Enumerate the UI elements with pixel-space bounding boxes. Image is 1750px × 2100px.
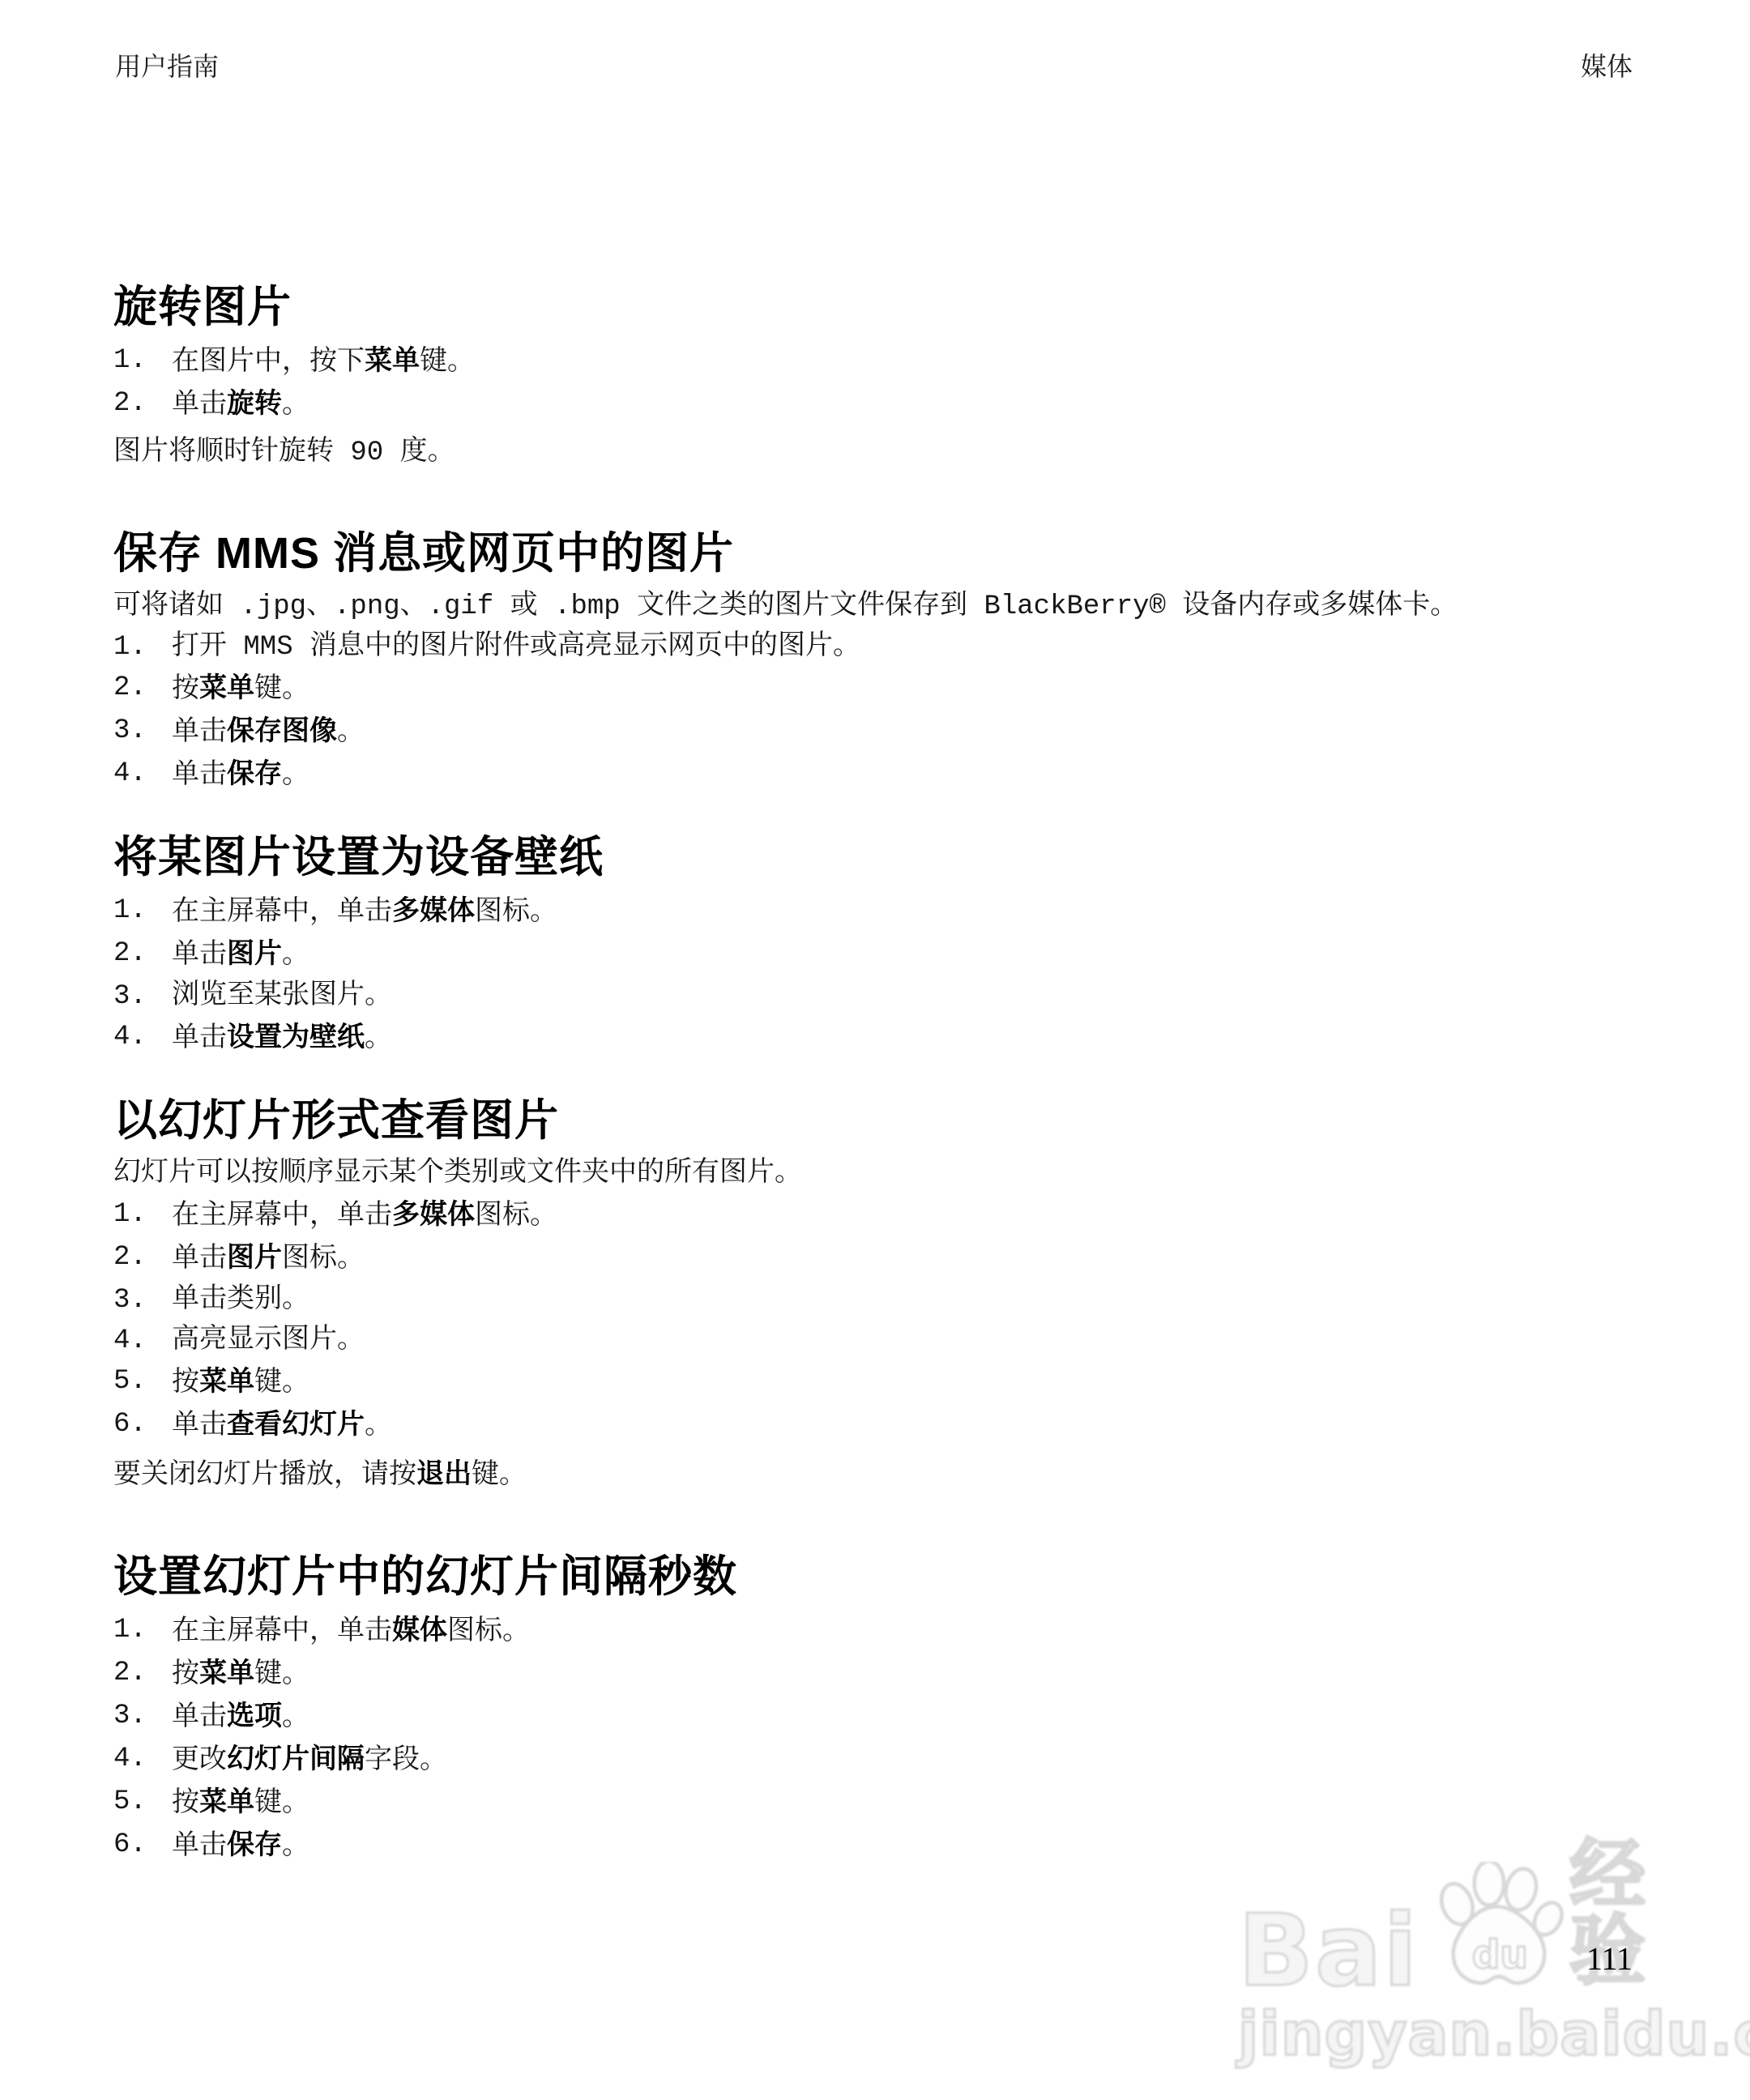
text-run: 按 bbox=[172, 1789, 199, 1820]
list-number: 4. bbox=[113, 1017, 172, 1060]
list-number: 4. bbox=[113, 1321, 172, 1361]
list-text: 更改幻灯片间隔字段。 bbox=[172, 1739, 447, 1782]
text-run: 单击 bbox=[172, 1411, 227, 1442]
text-run: 单击 bbox=[172, 1703, 227, 1734]
text-run: 在主屏幕中，单击 bbox=[172, 1202, 392, 1232]
section-heading: 保存 MMS 消息或网页中的图片 bbox=[113, 528, 1637, 578]
text-run: 按 bbox=[172, 675, 199, 706]
list-number: 3. bbox=[113, 711, 172, 753]
list-text: 单击保存。 bbox=[172, 1825, 309, 1867]
text-run: 在主屏幕中，单击 bbox=[172, 1617, 392, 1648]
page-number: 111 bbox=[1586, 1943, 1633, 1975]
list-text: 按菜单键。 bbox=[172, 668, 309, 711]
section: 以幻灯片形式查看图片幻灯片可以按顺序显示某个类别或文件夹中的所有图片。1.在主屏… bbox=[113, 1095, 1637, 1496]
list-number: 1. bbox=[113, 1610, 172, 1653]
text-run: 图片将顺时针旋转 90 度。 bbox=[113, 437, 455, 468]
list-text: 在图片中，按下菜单键。 bbox=[172, 340, 475, 383]
text-run: 浏览至某张图片。 bbox=[172, 981, 392, 1012]
list-number: 6. bbox=[113, 1404, 172, 1447]
text-run: 单击 bbox=[172, 391, 227, 421]
list-item: 2.按菜单键。 bbox=[113, 668, 1637, 711]
text-run: 单击 bbox=[172, 761, 227, 792]
list-text: 在主屏幕中，单击多媒体图标。 bbox=[172, 890, 557, 933]
list-item: 3.单击选项。 bbox=[113, 1696, 1637, 1739]
list-item: 1.在主屏幕中，单击多媒体图标。 bbox=[113, 1194, 1637, 1237]
list-text: 浏览至某张图片。 bbox=[172, 976, 392, 1017]
text-run: 单击类别。 bbox=[172, 1285, 309, 1316]
bold-term: 保存 bbox=[227, 758, 282, 789]
list-number: 2. bbox=[113, 1237, 172, 1280]
list-number: 3. bbox=[113, 1280, 172, 1321]
text-run: 。 bbox=[282, 941, 309, 971]
list-number: 6. bbox=[113, 1825, 172, 1867]
list-text: 单击保存。 bbox=[172, 753, 309, 796]
list-number: 1. bbox=[113, 890, 172, 933]
list-item: 2.单击图片图标。 bbox=[113, 1237, 1637, 1280]
text-run: 在主屏幕中，单击 bbox=[172, 898, 392, 928]
section-heading: 将某图片设置为设备壁纸 bbox=[113, 832, 1637, 882]
section: 旋转图片1.在图片中，按下菜单键。2.单击旋转。图片将顺时针旋转 90 度。 bbox=[113, 282, 1637, 473]
text-run: 。 bbox=[365, 1411, 392, 1442]
text-run: 键。 bbox=[420, 348, 475, 378]
bold-term: 旋转 bbox=[227, 388, 282, 419]
section: 设置幻灯片中的幻灯片间隔秒数1.在主屏幕中，单击媒体图标。2.按菜单键。3.单击… bbox=[113, 1552, 1637, 1867]
list-text: 按菜单键。 bbox=[172, 1782, 309, 1825]
section: 将某图片设置为设备壁纸1.在主屏幕中，单击多媒体图标。2.单击图片。3.浏览至某… bbox=[113, 832, 1637, 1060]
list-item: 3.单击类别。 bbox=[113, 1280, 1637, 1321]
bold-term: 多媒体 bbox=[392, 1199, 475, 1230]
list-text: 单击设置为壁纸。 bbox=[172, 1017, 392, 1060]
text-run: 在图片中，按下 bbox=[172, 348, 365, 378]
text-run: 键。 bbox=[254, 1368, 309, 1399]
text-run: 图标。 bbox=[447, 1617, 530, 1648]
text-run: 图标。 bbox=[282, 1244, 365, 1275]
list-number: 1. bbox=[113, 627, 172, 668]
bold-term: 菜单 bbox=[199, 1786, 254, 1817]
paragraph: 图片将顺时针旋转 90 度。 bbox=[113, 433, 1637, 473]
bold-term: 保存图像 bbox=[227, 715, 337, 746]
list-text: 按菜单键。 bbox=[172, 1361, 309, 1404]
list-number: 4. bbox=[113, 753, 172, 796]
bold-term: 设置为壁纸 bbox=[227, 1022, 365, 1052]
list-text: 单击图片图标。 bbox=[172, 1237, 365, 1280]
numbered-list: 1.在主屏幕中，单击多媒体图标。2.单击图片图标。3.单击类别。4.高亮显示图片… bbox=[113, 1194, 1637, 1447]
text-run: 按 bbox=[172, 1660, 199, 1691]
list-item: 4.更改幻灯片间隔字段。 bbox=[113, 1739, 1637, 1782]
text-run: 单击 bbox=[172, 1244, 227, 1275]
bold-term: 菜单 bbox=[199, 1366, 254, 1397]
numbered-list: 1.打开 MMS 消息中的图片附件或高亮显示网页中的图片。2.按菜单键。3.单击… bbox=[113, 627, 1637, 796]
content: 旋转图片1.在图片中，按下菜单键。2.单击旋转。图片将顺时针旋转 90 度。保存… bbox=[113, 0, 1637, 1867]
watermark-url: jingyan.baidu.com bbox=[1238, 2003, 1659, 2066]
bold-term: 菜单 bbox=[199, 672, 254, 703]
list-number: 1. bbox=[113, 340, 172, 383]
text-run: 可将诸如 .jpg、.png、.gif 或 .bmp 文件之类的图片文件保存到 … bbox=[113, 591, 1458, 622]
list-number: 2. bbox=[113, 383, 172, 426]
list-item: 3.浏览至某张图片。 bbox=[113, 976, 1637, 1017]
list-text: 单击选项。 bbox=[172, 1696, 309, 1739]
text-run: 更改 bbox=[172, 1746, 227, 1777]
text-run: 按 bbox=[172, 1368, 199, 1399]
bold-term: 退出 bbox=[416, 1458, 472, 1489]
bold-term: 查看幻灯片 bbox=[227, 1409, 365, 1440]
list-item: 6.单击查看幻灯片。 bbox=[113, 1404, 1637, 1447]
list-number: 4. bbox=[113, 1739, 172, 1782]
list-number: 5. bbox=[113, 1361, 172, 1404]
baidu-paw-icon: du bbox=[1420, 1862, 1568, 2001]
list-number: 3. bbox=[113, 1696, 172, 1739]
list-text: 打开 MMS 消息中的图片附件或高亮显示网页中的图片。 bbox=[172, 627, 860, 668]
list-item: 2.按菜单键。 bbox=[113, 1653, 1637, 1696]
section: 保存 MMS 消息或网页中的图片可将诸如 .jpg、.png、.gif 或 .b… bbox=[113, 528, 1637, 796]
text-run: 键。 bbox=[254, 1660, 309, 1691]
section-heading: 设置幻灯片中的幻灯片间隔秒数 bbox=[113, 1552, 1637, 1602]
document-page: 用户指南 媒体 旋转图片1.在图片中，按下菜单键。2.单击旋转。图片将顺时针旋转… bbox=[0, 0, 1750, 2100]
bold-term: 选项 bbox=[227, 1701, 282, 1731]
list-text: 单击旋转。 bbox=[172, 383, 309, 426]
text-run: 单击 bbox=[172, 941, 227, 971]
bold-term: 图片 bbox=[227, 938, 282, 969]
paragraph: 幻灯片可以按顺序显示某个类别或文件夹中的所有图片。 bbox=[113, 1154, 1637, 1194]
text-run: 。 bbox=[282, 1703, 309, 1734]
text-run: 单击 bbox=[172, 1832, 227, 1863]
list-text: 单击查看幻灯片。 bbox=[172, 1404, 392, 1447]
list-item: 2.单击旋转。 bbox=[113, 383, 1637, 426]
list-item: 5.按菜单键。 bbox=[113, 1361, 1637, 1404]
text-run: 要关闭幻灯片播放，请按 bbox=[113, 1461, 416, 1492]
list-item: 1.在主屏幕中，单击媒体图标。 bbox=[113, 1610, 1637, 1653]
text-run: 键。 bbox=[254, 1789, 309, 1820]
list-item: 4.单击设置为壁纸。 bbox=[113, 1017, 1637, 1060]
text-run: 。 bbox=[282, 1832, 309, 1863]
list-item: 5.按菜单键。 bbox=[113, 1782, 1637, 1825]
list-text: 单击类别。 bbox=[172, 1280, 309, 1321]
text-run: 字段。 bbox=[365, 1746, 447, 1777]
list-item: 1.打开 MMS 消息中的图片附件或高亮显示网页中的图片。 bbox=[113, 627, 1637, 668]
text-run: 。 bbox=[337, 718, 365, 749]
section-heading: 以幻灯片形式查看图片 bbox=[113, 1095, 1637, 1146]
list-text: 在主屏幕中，单击媒体图标。 bbox=[172, 1610, 530, 1653]
watermark-brand-latin-prefix: Bai bbox=[1238, 1910, 1419, 1991]
list-number: 3. bbox=[113, 976, 172, 1017]
text-run: 图标。 bbox=[475, 898, 557, 928]
list-number: 1. bbox=[113, 1194, 172, 1237]
bold-term: 菜单 bbox=[365, 345, 420, 376]
text-run: 幻灯片可以按顺序显示某个类别或文件夹中的所有图片。 bbox=[113, 1159, 802, 1189]
bold-term: 多媒体 bbox=[392, 895, 475, 926]
list-number: 5. bbox=[113, 1782, 172, 1825]
list-item: 3.单击保存图像。 bbox=[113, 711, 1637, 753]
text-run: 高亮显示图片。 bbox=[172, 1325, 365, 1356]
list-number: 2. bbox=[113, 668, 172, 711]
bold-term: 幻灯片间隔 bbox=[227, 1744, 365, 1774]
paragraph: 可将诸如 .jpg、.png、.gif 或 .bmp 文件之类的图片文件保存到 … bbox=[113, 587, 1637, 627]
list-text: 单击图片。 bbox=[172, 933, 309, 976]
list-item: 1.在图片中，按下菜单键。 bbox=[113, 340, 1637, 383]
list-text: 高亮显示图片。 bbox=[172, 1321, 365, 1361]
numbered-list: 1.在图片中，按下菜单键。2.单击旋转。 bbox=[113, 340, 1637, 426]
text-run: 键。 bbox=[254, 675, 309, 706]
list-item: 6.单击保存。 bbox=[113, 1825, 1637, 1867]
text-run: 。 bbox=[365, 1024, 392, 1055]
text-run: 单击 bbox=[172, 718, 227, 749]
list-item: 1.在主屏幕中，单击多媒体图标。 bbox=[113, 890, 1637, 933]
list-item: 4.单击保存。 bbox=[113, 753, 1637, 796]
list-text: 按菜单键。 bbox=[172, 1653, 309, 1696]
list-number: 2. bbox=[113, 933, 172, 976]
section-heading: 旋转图片 bbox=[113, 282, 1637, 332]
numbered-list: 1.在主屏幕中，单击多媒体图标。2.单击图片。3.浏览至某张图片。4.单击设置为… bbox=[113, 890, 1637, 1060]
text-run: 打开 MMS 消息中的图片附件或高亮显示网页中的图片。 bbox=[172, 632, 860, 663]
numbered-list: 1.在主屏幕中，单击媒体图标。2.按菜单键。3.单击选项。4.更改幻灯片间隔字段… bbox=[113, 1610, 1637, 1867]
list-item: 4.高亮显示图片。 bbox=[113, 1321, 1637, 1361]
paragraph: 要关闭幻灯片播放，请按退出键。 bbox=[113, 1453, 1637, 1496]
list-number: 2. bbox=[113, 1653, 172, 1696]
watermark-du-text: du bbox=[1472, 1932, 1528, 1978]
bold-term: 菜单 bbox=[199, 1658, 254, 1688]
text-run: 。 bbox=[282, 761, 309, 792]
list-text: 在主屏幕中，单击多媒体图标。 bbox=[172, 1194, 557, 1237]
text-run: 单击 bbox=[172, 1024, 227, 1055]
bold-term: 图片 bbox=[227, 1242, 282, 1273]
text-run: 键。 bbox=[472, 1461, 527, 1492]
text-run: 图标。 bbox=[475, 1202, 557, 1232]
bold-term: 媒体 bbox=[392, 1615, 447, 1645]
list-text: 单击保存图像。 bbox=[172, 711, 365, 753]
list-item: 2.单击图片。 bbox=[113, 933, 1637, 976]
bold-term: 保存 bbox=[227, 1829, 282, 1860]
text-run: 。 bbox=[282, 391, 309, 421]
